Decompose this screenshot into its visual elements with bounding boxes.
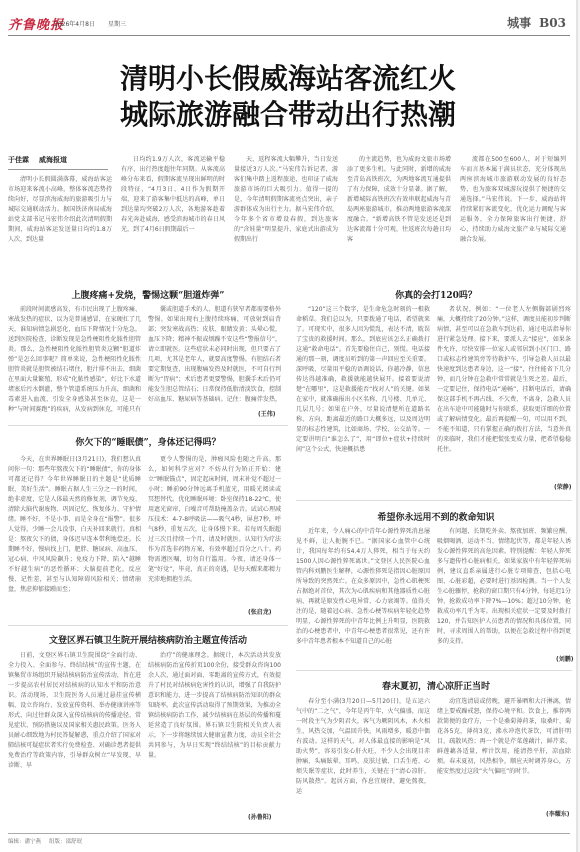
article-spring-summer-signature: (李耀东) [546, 809, 570, 818]
article-call-120-column-1: “120”这三个数字，是生命危急时刻的一根救命稻草。我们总以为，只要拨通了电话，… [296, 305, 430, 495]
separator [296, 500, 572, 501]
article-cpr-knowledge-signature: (刘鹏) [556, 654, 574, 663]
lead-column-5: 流都在500至600人，对于短编列车而言基本属于满员状态，充分体现出两座滨海城市… [460, 155, 566, 265]
page-footer: 编辑：潘宁燕组版：邵舒珉 [8, 837, 90, 845]
article-tb-campaign-column-1: 日前，文登区界石镇卫生院围绕“全面行动、全力投入、全面参与、终结结核”的宣传主题… [8, 651, 141, 811]
article-call-120-column-2: 者状况，例如：“一位老人左侧胸部剧烈疼痛，大概持续了20分钟。”这样，调度员能初… [437, 305, 571, 485]
byline: 于佳霖威海报道 [8, 155, 77, 165]
lead-column-4: 的主流趋势，也为威海文旅市场增添了更多生机。与此同时，新增的威海至青岛高铁班次，… [347, 155, 451, 265]
article-spring-summer-column-2: 动宜选清晨或傍晚，避开暴晒和大汗淋漓，情绪上要戒躁戒怒，保持心境平和。饮食上，推… [437, 697, 571, 807]
article-cpr-knowledge-column-2: 有问题，长期吃外卖、熬夜加班、频繁应酬、吸烟喝酒、运动不当、情绪起伏等，都是年轻… [437, 527, 571, 647]
article-title-sleep-debt: 你欠下的“睡眠债”，身体还记得吗？ [8, 435, 288, 448]
article-tb-campaign-column-2: 治疗”的健康理念。据统计，本次活动共发放结核病防治宣传折页100余份，接受群众咨… [148, 651, 281, 801]
article-sleep-debt-signature: (张启龙) [248, 607, 272, 616]
article-title-call-120: 你真的会打120吗？ [296, 288, 576, 301]
lead-column-3: 天，返程客流大幅攀升，当日发送量接近3万人次。”马宏伟告诉记者，游客们集中踏上返… [234, 155, 338, 265]
lead-column-1: 清明小长假圆满落幕，威海站客运市场迎来客流小高峰，整体客流态势持续向好，尽显滨海… [8, 175, 112, 265]
byline-author: 于佳霖 [8, 156, 29, 164]
article-cpr-knowledge-column-1: 近年来，令人痛心的中青年心源性猝死消息屡见不鲜，让人扼腕不已。“据国家心血管中心… [296, 527, 430, 657]
article-spring-summer-column-1: 春分至小满(3月20日—5月20日)，是五运六气中的“二之气”，今年是丙午年，火… [296, 697, 430, 817]
article-title-spring-summer: 春末夏初，清心凉肝正当时 [296, 679, 576, 692]
article-title-tb-campaign: 文登区界石镇卫生院开展结核病防治主题宣传活动 [8, 633, 288, 646]
separator [8, 625, 288, 626]
masthead: 齐鲁晚报 2026年4月8日 星期三 城事B03 [8, 14, 568, 34]
section-name: 城事 [507, 16, 531, 30]
page-number: B03 [539, 16, 566, 30]
issue-weekday: 星期三 [108, 19, 126, 28]
separator [8, 425, 288, 426]
article-sleep-debt-column-2: 更令人警惕的是，肿瘤风险也随之升高。那么，如何科学应对？不妨从行为矫正开始：建立… [148, 455, 281, 595]
article-title-cpr-knowledge: 希望你永远用不到的救命知识 [296, 510, 576, 523]
byline-rule [8, 169, 108, 170]
footer-rule [8, 833, 570, 834]
masthead-rule [8, 35, 570, 36]
article-call-120-signature: (荣静) [554, 482, 572, 491]
separator [296, 670, 572, 671]
lead-headline-line1: 清明小长假威海站客流红火 [0, 62, 576, 96]
article-bile-duct-column-1: 前段时间流感高发，有市民出现了上腹疼痛、寒战发热的症状，以为是普通感冒，在家硬扛… [8, 305, 141, 415]
lead-headline-line2: 城际旅游融合带动出行热潮 [0, 98, 576, 132]
article-tb-campaign-signature: (孙鲁阳) [248, 812, 272, 821]
byline-place: 威海报道 [39, 156, 67, 164]
article-bile-duct-signature: (王伟) [258, 409, 276, 418]
footer-editor: 编辑：潘宁燕 [8, 839, 41, 845]
issue-date: 2026年4月8日 [54, 19, 95, 28]
lead-column-2: 日均约1.9万人次，客流运输平稳有序，出行热度超往年同期。从客流高峰分布来看，假… [121, 155, 225, 265]
article-sleep-debt-column-1: 今天，在世界睡眠日(3月21日)，我们想认真问你一句：那些年熬夜欠下的“睡眠债”… [8, 455, 141, 605]
newspaper-page: 齐鲁晚报 2026年4月8日 星期三 城事B03 清明小长假威海站客流红火 城际… [0, 0, 578, 852]
section-label: 城事B03 [507, 14, 566, 31]
footer-layout: 组版：邵舒珉 [49, 839, 82, 845]
article-title-bile-duct: 上腹疼痛+发烧，警惕这颗“胆道炸弹” [8, 288, 288, 301]
article-bile-duct-column-2: 囊或胆道手术的人、胆道有狭窄者都需要格外警惕。如果出现右上腹持续疼痛，可放射到肩… [148, 305, 281, 405]
